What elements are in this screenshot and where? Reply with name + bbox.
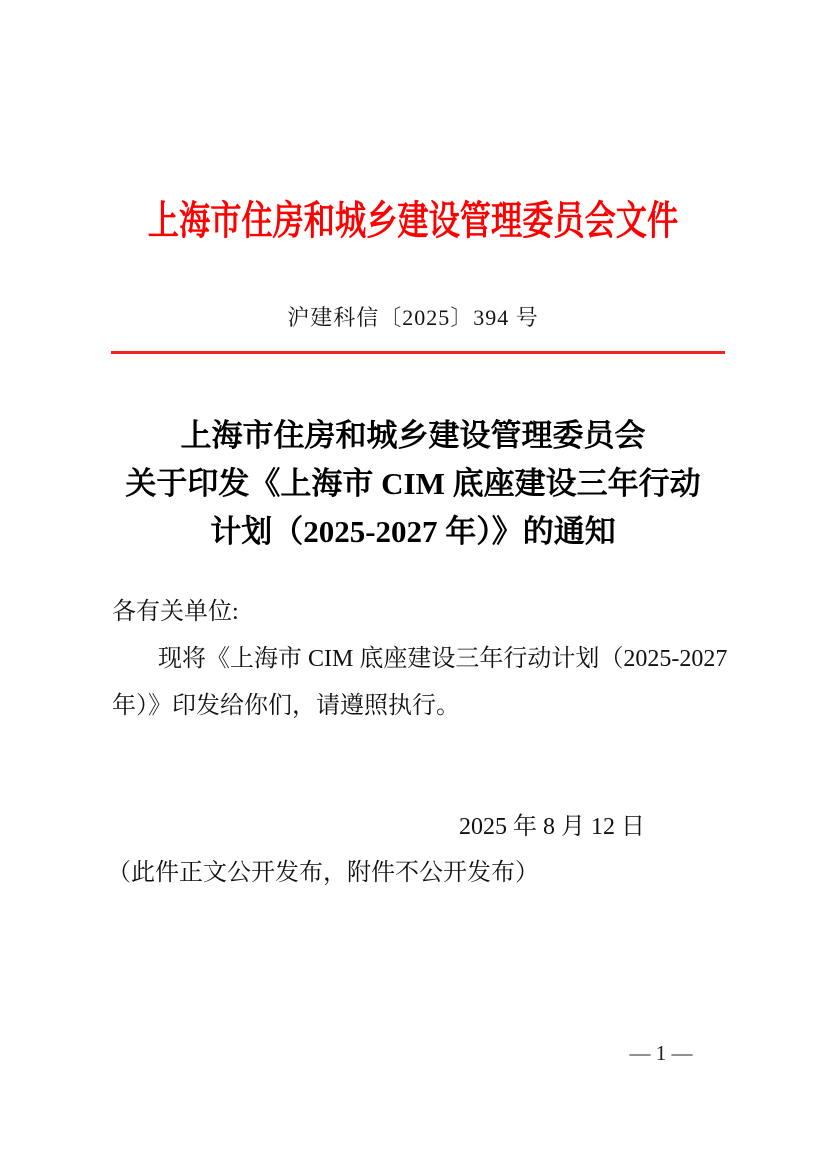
document-date: 2025 年 8 月 12 日 <box>0 804 826 851</box>
body-paragraph-line-1: 现将《上海市 CIM 底座建设三年行动计划（2025-2027 <box>158 636 718 683</box>
red-divider-rule <box>111 351 725 354</box>
salutation: 各有关单位: <box>112 589 239 636</box>
page-number: — 1 — <box>596 1038 726 1068</box>
document-title-line-3: 计划（2025-2027 年）》的通知 <box>0 508 826 556</box>
document-reference-number: 沪建科信〔2025〕394 号 <box>0 302 826 334</box>
document-title: 上海市住房和城乡建设管理委员会 关于印发《上海市 CIM 底座建设三年行动 计划… <box>0 412 826 556</box>
letterhead-org-title: 上海市住房和城乡建设管理委员会文件 <box>0 198 826 253</box>
document-title-line-1: 上海市住房和城乡建设管理委员会 <box>0 412 826 460</box>
publication-note: （此件正文公开发布，附件不公开发布） <box>107 850 539 897</box>
document-page: 上海市住房和城乡建设管理委员会文件 沪建科信〔2025〕394 号 上海市住房和… <box>0 0 826 1169</box>
document-title-line-2: 关于印发《上海市 CIM 底座建设三年行动 <box>0 460 826 508</box>
body-paragraph-line-2: 年）》印发给你们，请遵照执行。 <box>112 683 460 730</box>
letterhead-org-title-text: 上海市住房和城乡建设管理委员会文件 <box>148 198 678 244</box>
